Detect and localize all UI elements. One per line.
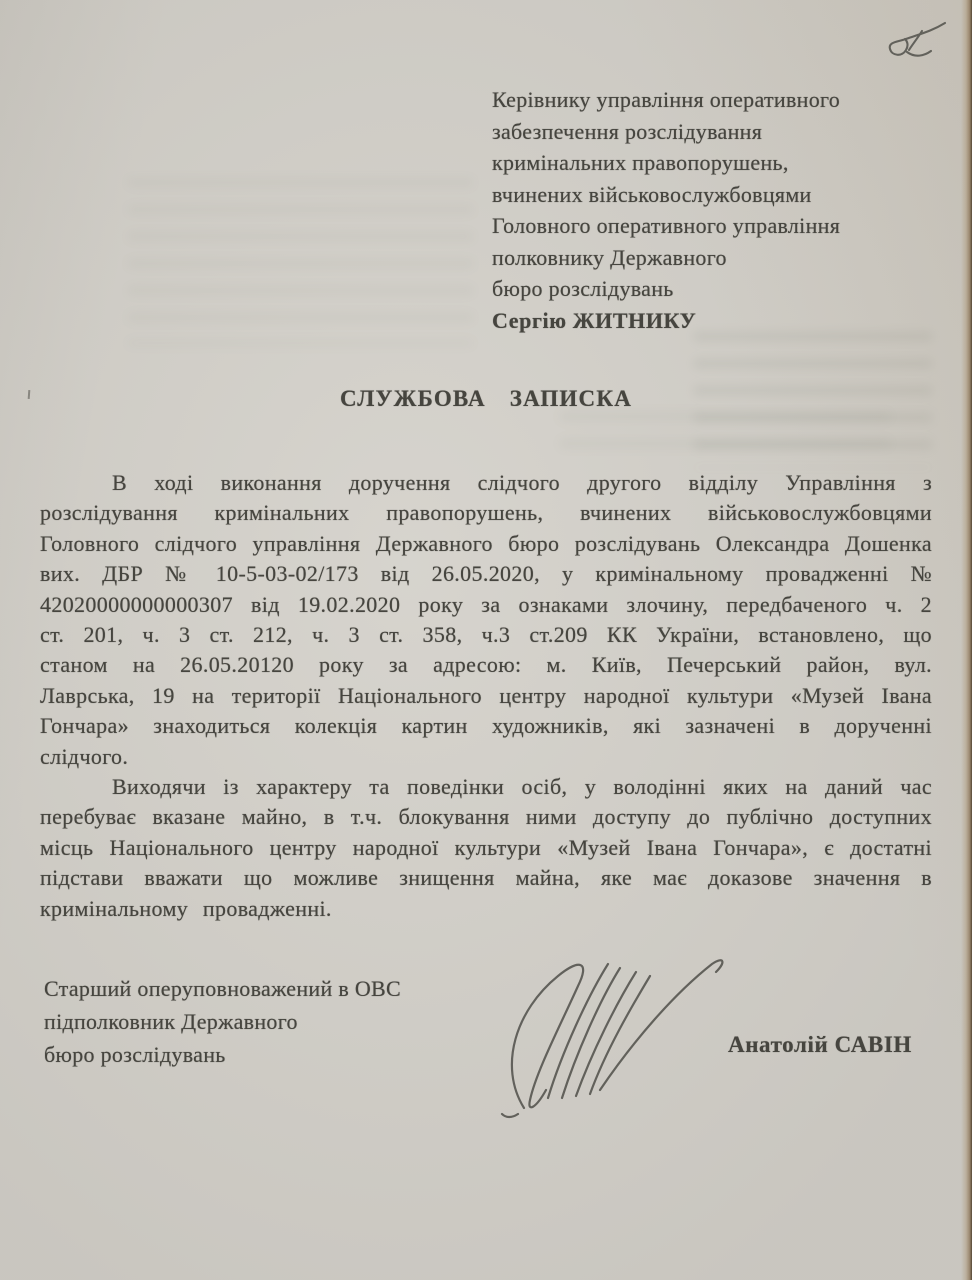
signoff-line: Старший оперуповноважений в ОВС bbox=[44, 972, 514, 1005]
recipient-block: Керівнику управління оперативного забезп… bbox=[492, 84, 932, 336]
bleed-through-ghost-text bbox=[128, 178, 473, 346]
signer-name: Анатолій САВІН bbox=[728, 1032, 912, 1058]
recipient-line: бюро розслідувань bbox=[492, 273, 932, 305]
document-body: В ході виконання доручення слідчого друг… bbox=[40, 468, 932, 924]
scan-speck bbox=[28, 390, 31, 399]
recipient-line: кримінальних правопорушень, bbox=[492, 147, 932, 179]
body-paragraph: В ході виконання доручення слідчого друг… bbox=[40, 468, 932, 772]
document-title: СЛУЖБОВА ЗАПИСКА bbox=[40, 386, 932, 412]
page-edge-shadow bbox=[961, 0, 972, 1280]
recipient-line: Головного оперативного управління bbox=[492, 210, 932, 242]
signoff-line: бюро розслідувань bbox=[44, 1038, 514, 1071]
recipient-line: Керівнику управління оперативного bbox=[492, 84, 932, 116]
scanned-document-page: Керівнику управління оперативного забезп… bbox=[0, 0, 972, 1280]
recipient-name: Сергію ЖИТНИКУ bbox=[492, 305, 932, 337]
bleed-through-ghost-text bbox=[560, 412, 890, 456]
recipient-line: вчинених військовослужбовцями bbox=[492, 179, 932, 211]
pen-squiggle-icon bbox=[860, 12, 952, 68]
handwritten-signature bbox=[496, 948, 740, 1120]
recipient-line: полковнику Державного bbox=[492, 242, 932, 274]
signoff-line: підполковник Державного bbox=[44, 1005, 514, 1038]
signoff-block: Старший оперуповноважений в ОВС підполко… bbox=[44, 972, 514, 1071]
recipient-line: забезпечення розслідування bbox=[492, 116, 932, 148]
body-paragraph: Виходячи із характеру та поведінки осіб,… bbox=[40, 772, 932, 924]
